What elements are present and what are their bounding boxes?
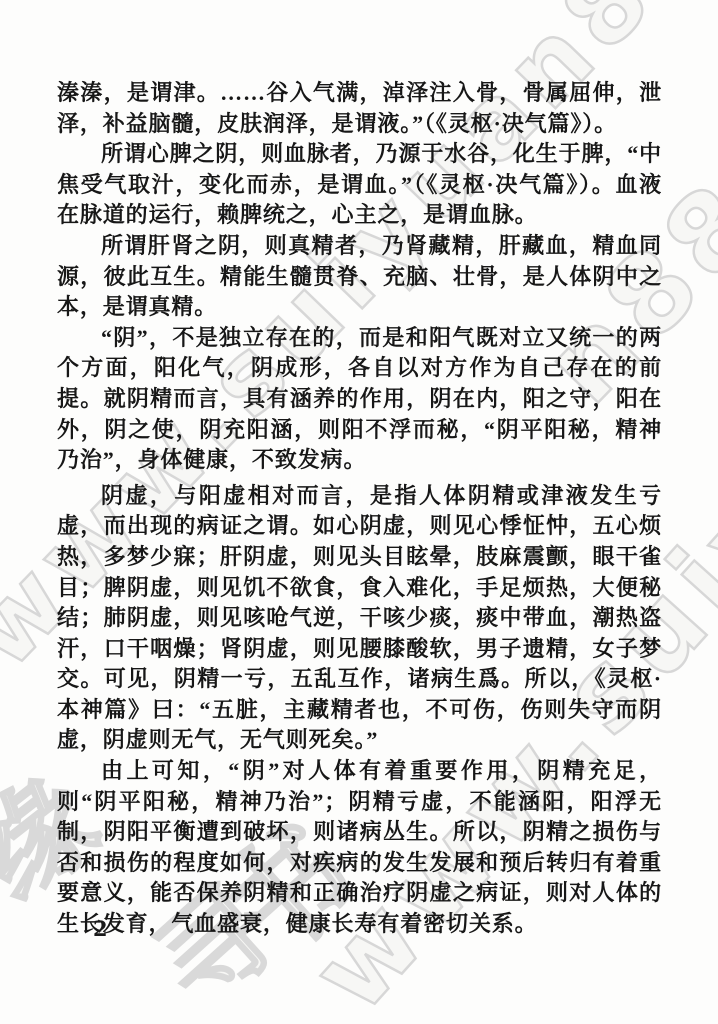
paragraph: “阴”，不是独立存在的，而是和阳气既对立又统一的两个方面，阳化气，阴成形，各自以… — [57, 323, 662, 476]
page-number: 2 — [93, 916, 108, 941]
paragraph: 所谓心脾之阴，则血脉者，乃源于水谷，化生于脾，“中焦受气取汁，变化而赤，是谓血。… — [57, 139, 662, 231]
paragraph: 由上可知，“阴”对人体有着重要作用，阴精充足，则“阴平阳秘，精神乃治”；阴精亏虚… — [57, 756, 662, 940]
paragraph: 阴虚，与阳虚相对而言，是指人体阴精或津液发生亏虚，而出现的病证之谓。如心阴虚，则… — [57, 481, 662, 756]
paragraph: 所谓肝肾之阴，则真精者，乃肾藏精，肝藏血，精血同源，彼此互生。精能生髓贯脊、充脑… — [57, 231, 662, 323]
paragraph: 溱溱，是谓津。……谷入气满，淖泽注入骨，骨属屈伸，泄泽，补益脑髓，皮肤润泽，是谓… — [57, 78, 662, 139]
scanned-book-page: www.suiyuan88. www.suiyuan88. n88 缘 寻 书 … — [0, 0, 718, 1024]
text-block: 溱溱，是谓津。……谷入气满，淖泽注入骨，骨属屈伸，泄泽，补益脑髓，皮肤润泽，是谓… — [57, 78, 662, 940]
